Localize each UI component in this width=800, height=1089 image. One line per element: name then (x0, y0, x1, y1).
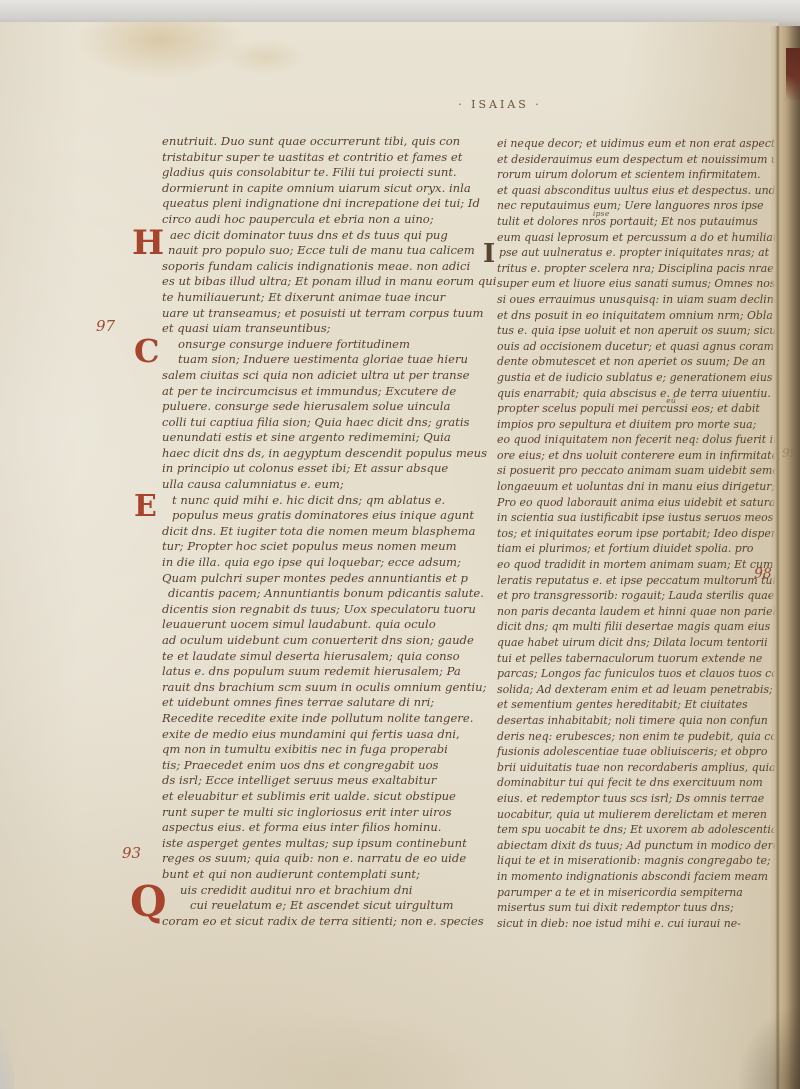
line-text: exite de medio eius mundamini qui fertis… (162, 727, 460, 741)
text-line: et quasi absconditus uultus eius et desp… (497, 183, 779, 199)
text-line: Recedite recedite exite inde pollutum no… (162, 711, 478, 727)
text-line: es ut bibas illud ultra; Et ponam illud … (162, 274, 478, 290)
text-line: et uidebunt omnes fines terrae salutare … (162, 695, 478, 711)
line-text: tui et pelles tabernaculorum tuorum exte… (497, 652, 762, 665)
line-text: qm non in tumultu exibitis nec in fuga p… (162, 742, 448, 756)
line-text: gustia et de iudicio sublatus e; generat… (497, 371, 772, 384)
text-line: queatus pleni indignatione dni increpati… (162, 196, 478, 212)
text-line: rorum uirum dolorum et scientem infirmit… (497, 167, 779, 183)
margin-chapter-number: 93 (122, 844, 141, 862)
line-text: ore eius; et dns uoluit conterere eum in… (497, 449, 781, 462)
line-text: cui reuelatum e; Et ascendet sicut uirgu… (190, 898, 453, 912)
text-line: dicit dns. Et iugiter tota die nomen meu… (162, 524, 478, 540)
line-text: tur; Propter hoc sciet populus meus nome… (162, 539, 457, 553)
line-text: leuauerunt uocem simul laudabunt. quia o… (162, 617, 436, 631)
text-line: dicantis pacem; Annuntiantis bonum pdica… (162, 586, 478, 602)
text-line: ore eius; et dns uoluit conterere eum in… (497, 448, 779, 464)
text-line: populus meus gratis dominatores eius ini… (162, 508, 478, 524)
text-line: Quis credidit auditui nro et brachium dn… (162, 883, 478, 899)
text-line: Pro eo quod laborauit anima eius uidebit… (497, 495, 779, 511)
line-text: et desiderauimus eum despectum et nouiss… (497, 153, 781, 166)
line-text: solida; Ad dexteram enim et ad leuam pen… (497, 683, 773, 696)
line-text: misertus sum tui dixit redemptor tuus dn… (497, 901, 734, 914)
text-line: quae habet uirum dicit dns; Dilata locum… (497, 635, 779, 651)
text-line: si oues errauimus unusquisq: in uiam sua… (497, 292, 779, 308)
line-text: in scientia sua iustificabit ipse iustus… (497, 511, 798, 524)
line-text: parcas; Longos fac funiculos tuos et cla… (497, 667, 785, 680)
text-line: puluere. consurge sede hierusalem solue … (162, 399, 478, 415)
text-line: in principio ut colonus esset ibi; Et as… (162, 461, 478, 477)
text-line: ulla causa calumniatus e. eum; (162, 477, 478, 493)
line-text: tulit et dolores nros portauit; Et nos p… (497, 215, 758, 228)
text-line: Haec dicit dominator tuus dns et ds tuus… (162, 228, 478, 244)
line-text: sicut in dieb: noe istud mihi e. cui iur… (497, 917, 741, 930)
line-text: queatus pleni indignatione dni increpati… (162, 196, 480, 210)
text-line: bunt et qui non audierunt contemplati su… (162, 867, 478, 883)
line-text: aec dicit dominator tuus dns et ds tuus … (170, 228, 448, 242)
line-text: uocabitur, quia ut mulierem derelictam e… (497, 808, 767, 821)
text-line: tulit et dolores nros portauit; Et nos p… (497, 214, 779, 230)
line-text: dicit dns. Et iugiter tota die nomen meu… (162, 524, 475, 538)
line-text: t nunc quid mihi e. hic dicit dns; qm ab… (172, 493, 445, 507)
line-text: soporis fundam calicis indignationis mea… (162, 259, 470, 273)
interlinear-gloss: ipse (593, 206, 610, 222)
text-line: Consurge consurge induere fortitudinem (162, 337, 478, 353)
text-line: si posuerit pro peccato animam suam uide… (497, 463, 779, 479)
text-line: te et laudate simul deserta hierusalem; … (162, 649, 478, 665)
text-line: brii uiduitatis tuae non recordaberis am… (497, 760, 779, 776)
line-text: reges os suum; quia quib: non e. narratu… (162, 851, 466, 865)
line-text: propter scelus populi mei percussi eos; … (497, 402, 760, 415)
text-line: et dns posuit in eo iniquitatem omnium n… (497, 308, 779, 324)
line-text: te et laudate simul deserta hierusalem; … (162, 649, 460, 663)
text-line: in momento indignationis abscondi faciem… (497, 869, 779, 885)
bottom-right-shadow (720, 949, 800, 1089)
text-line: qm non in tumultu exibitis nec in fuga p… (162, 742, 478, 758)
line-text: haec dicit dns ds, in aegyptum descendit… (162, 446, 487, 460)
interlinear-gloss: eū (666, 393, 676, 409)
text-line: deris neq: erubesces; non enim te pudebi… (497, 729, 779, 745)
text-line: tui et pelles tabernaculorum tuorum exte… (497, 651, 779, 667)
text-line: propter scelus populi mei percussi eos; … (497, 401, 779, 417)
text-line: eius. et redemptor tuus scs isrl; Ds omn… (497, 791, 779, 807)
text-line: runt super te multi sic ingloriosus erit… (162, 805, 478, 821)
running-title: · ISAIAS · (420, 98, 580, 111)
line-text: fusionis adolescentiae tuae obliuisceris… (497, 745, 767, 758)
text-line: coram eo et sicut radix de terra sitient… (162, 914, 478, 930)
text-line: Quam pulchri super montes pedes annuntia… (162, 571, 478, 587)
line-text: in momento indignationis abscondi faciem… (497, 870, 768, 883)
line-text: ad oculum uidebunt cum conuerterit dns s… (162, 633, 474, 647)
line-text: eo quod tradidit in mortem animam suam; … (497, 558, 795, 571)
line-text: Quam pulchri super montes pedes annuntia… (162, 571, 468, 585)
line-text: circo audi hoc paupercula et ebria non a… (162, 212, 434, 226)
line-text: longaeuum et uoluntas dni in manu eius d… (497, 480, 775, 493)
line-text: uenundati estis et sine argento redimemi… (162, 430, 451, 444)
text-line: uenundati estis et sine argento redimemi… (162, 430, 478, 446)
line-text: es ut bibas illud ultra; Et ponam illud … (162, 274, 496, 288)
text-line: desertas inhabitabit; noli timere quia n… (497, 713, 779, 729)
text-line: eum quasi leprosum et percussum a do et … (497, 230, 779, 246)
line-text: et quasi absconditus uultus eius et desp… (497, 184, 782, 197)
text-line: tristabitur super te uastitas et contrit… (162, 150, 478, 166)
line-text: tus e. quia ipse uoluit et non aperuit o… (497, 324, 781, 337)
line-text: leratis reputatus e. et ipse peccatum mu… (497, 574, 783, 587)
text-line: abiectam dixit ds tuus; Ad punctum in mo… (497, 838, 779, 854)
text-line: longaeuum et uoluntas dni in manu eius d… (497, 479, 779, 495)
line-text: dormierunt in capite omnium uiarum sicut… (162, 181, 471, 195)
text-line: tuam sion; Induere uestimenta gloriae tu… (162, 352, 478, 368)
line-text: ei neque decor; et uidimus eum et non er… (497, 137, 788, 150)
line-text: non paris decanta laudem et hinni quae n… (497, 605, 792, 618)
text-line: impios pro sepultura et diuitem pro mort… (497, 417, 779, 433)
line-text: dicantis pacem; Annuntiantis bonum pdica… (168, 586, 484, 600)
line-text: Pro eo quod laborauit anima eius uidebit… (497, 496, 794, 509)
text-line: latus e. dns populum suum redemit hierus… (162, 664, 478, 680)
text-line: dente obmutescet et non aperiet os suum;… (497, 354, 779, 370)
text-line: ad oculum uidebunt cum conuerterit dns s… (162, 633, 478, 649)
text-line: exite de medio eius mundamini qui fertis… (162, 727, 478, 743)
drop-cap: I (483, 241, 495, 267)
line-text: iste asperget gentes multas; sup ipsum c… (162, 836, 467, 850)
manuscript-photo: · ISAIAS · enutriuit. Duo sunt quae occu… (0, 0, 800, 1089)
line-text: enutriuit. Duo sunt quae occurrerunt tib… (162, 134, 460, 148)
line-text: aspectus eius. et forma eius inter filio… (162, 820, 442, 834)
corner-wedge (786, 48, 800, 100)
text-line: nauit pro populo suo; Ecce tuli de manu … (162, 243, 478, 259)
text-line: dormierunt in capite omnium uiarum sicut… (162, 181, 478, 197)
line-text: et sementium gentes hereditabit; Et ciui… (497, 698, 748, 711)
line-text: deris neq: erubesces; non enim te pudebi… (497, 730, 784, 743)
text-line: ouis ad occisionem ducetur; et quasi agn… (497, 339, 779, 355)
text-line: in die illa. quia ego ipse qui loquebar;… (162, 555, 478, 571)
line-text: onsurge consurge induere fortitudinem (178, 337, 410, 351)
line-text: tuam sion; Induere uestimenta gloriae tu… (178, 352, 468, 366)
text-line: solida; Ad dexteram enim et ad leuam pen… (497, 682, 779, 698)
line-text: puluere. consurge sede hierusalem solue … (162, 399, 450, 413)
text-line: rauit dns brachium scm suum in oculis om… (162, 680, 478, 696)
text-line: soporis fundam calicis indignationis mea… (162, 259, 478, 275)
line-text: tem spu uocabit te dns; Et uxorem ab ado… (497, 823, 777, 836)
text-line: dicentis sion regnabit ds tuus; Uox spec… (162, 602, 478, 618)
text-line: nec reputauimus eum; Uere languores nros… (497, 198, 779, 214)
text-line: leuauerunt uocem simul laudabunt. quia o… (162, 617, 478, 633)
text-line: et sementium gentes hereditabit; Et ciui… (497, 697, 779, 713)
line-text: dente obmutescet et non aperiet os suum;… (497, 355, 765, 368)
text-line: tus e. quia ipse uoluit et non aperuit o… (497, 323, 779, 339)
text-line: tritus e. propter scelera nra; Disciplin… (497, 261, 779, 277)
line-text: tos; et iniquitates eorum ipse portabit;… (497, 527, 776, 540)
text-line: in scientia sua iustificabit ipse iustus… (497, 510, 779, 526)
text-line: uocabitur, quia ut mulierem derelictam e… (497, 807, 779, 823)
line-text: abiectam dixit ds tuus; Ad punctum in mo… (497, 839, 779, 852)
text-line: tos; et iniquitates eorum ipse portabit;… (497, 526, 779, 542)
text-line: liqui te et in miserationib: magnis cong… (497, 853, 779, 869)
line-text: quis enarrabit; quia abscisus e. de terr… (497, 387, 771, 400)
line-text: tiam ei plurimos; et fortium diuidet spo… (497, 542, 753, 555)
line-text: quae habet uirum dicit dns; Dilata locum… (497, 636, 768, 649)
line-text: te humiliauerunt; Et dixerunt animae tua… (162, 290, 445, 304)
text-line: tem spu uocabit te dns; Et uxorem ab ado… (497, 822, 779, 838)
line-text: et dns posuit in eo iniquitatem omnium n… (497, 309, 773, 322)
line-text: bunt et qui non audierunt contemplati su… (162, 867, 420, 881)
line-text: dominabitur tui qui fecit te dns exercit… (497, 776, 763, 789)
folio-edges (770, 26, 800, 1089)
line-text: dicit dns; qm multi filii desertae magis… (497, 620, 770, 633)
left-column: enutriuit. Duo sunt quae occurrerunt tib… (162, 134, 478, 929)
text-line: et desiderauimus eum despectum et nouiss… (497, 152, 779, 168)
text-line: gustia et de iudicio sublatus e; generat… (497, 370, 779, 386)
margin-chapter-number: 98 (754, 566, 772, 582)
line-text: salem ciuitas sci quia non adiciet ultra… (162, 368, 469, 382)
line-text: at per te incircumcisus et immundus; Exc… (162, 384, 456, 398)
text-line: tur; Propter hoc sciet populus meus nome… (162, 539, 478, 555)
text-line: gladius quis consolabitur te. Filii tui … (162, 165, 478, 181)
line-text: uare ut transeamus; et posuisti ut terra… (162, 306, 483, 320)
line-text: et uidebunt omnes fines terrae salutare … (162, 695, 434, 709)
text-line: fusionis adolescentiae tuae obliuisceris… (497, 744, 779, 760)
text-line: ds isrl; Ecce intelliget seruus meus exa… (162, 773, 478, 789)
line-text: runt super te multi sic ingloriosus erit… (162, 805, 452, 819)
line-text: uis credidit auditui nro et brachium dni (180, 883, 413, 897)
line-text: eum quasi leprosum et percussum a do et … (497, 231, 788, 244)
text-line: iste asperget gentes multas; sup ipsum c… (162, 836, 478, 852)
text-line: leratis reputatus e. et ipse peccatum mu… (497, 573, 779, 589)
text-line: te humiliauerunt; Et dixerunt animae tua… (162, 290, 478, 306)
line-text: nauit pro populo suo; Ecce tuli de manu … (168, 243, 475, 257)
line-text: in die illa. quia ego ipse qui loquebar;… (162, 555, 461, 569)
text-line: non paris decanta laudem et hinni quae n… (497, 604, 779, 620)
text-line: Et nunc quid mihi e. hic dicit dns; qm a… (162, 493, 478, 509)
line-text: rorum uirum dolorum et scientem infirmit… (497, 168, 761, 181)
line-text: tis; Praecedet enim uos dns et congregab… (162, 758, 439, 772)
line-text: impios pro sepultura et diuitem pro mort… (497, 418, 756, 431)
text-line: at per te incircumcisus et immundus; Exc… (162, 384, 478, 400)
line-text: ds isrl; Ecce intelliget seruus meus exa… (162, 773, 436, 787)
text-line: tis; Praecedet enim uos dns et congregab… (162, 758, 478, 774)
line-text: si oues errauimus unusquisq: in uiam sua… (497, 293, 799, 306)
line-text: et pro transgressorib: rogauit; Lauda st… (497, 589, 774, 602)
text-line: colli tui captiua filia sion; Quia haec … (162, 415, 478, 431)
line-text: Recedite recedite exite inde pollutum no… (162, 711, 473, 725)
line-text: ulla causa calumniatus e. eum; (162, 477, 344, 491)
text-line: ei neque decor; et uidimus eum et non er… (497, 136, 779, 152)
text-line: et quasi uiam transeuntibus; (162, 321, 478, 337)
parchment-page: · ISAIAS · enutriuit. Duo sunt quae occu… (0, 22, 778, 1089)
line-text: liqui te et in miserationib: magnis cong… (497, 854, 771, 867)
text-line: sicut in dieb: noe istud mihi e. cui iur… (497, 916, 779, 932)
line-text: eo quod iniquitatem non fecerit neq: dol… (497, 433, 780, 446)
line-text: pse aut uulneratus e. propter iniquitate… (499, 246, 769, 259)
line-text: tristabitur super te uastitas et contrit… (162, 150, 462, 164)
text-line: circo audi hoc paupercula et ebria non a… (162, 212, 478, 228)
line-text: et quasi uiam transeuntibus; (162, 321, 331, 335)
right-column: ei neque decor; et uidimus eum et non er… (497, 136, 779, 931)
text-line: Ipse aut uulneratus e. propter iniquitat… (497, 245, 779, 261)
text-line: haec dicit dns ds, in aegyptum descendit… (162, 446, 478, 462)
text-line: dicit dns; qm multi filii desertae magis… (497, 619, 779, 635)
text-line: parumper a te et in misericordia sempite… (497, 885, 779, 901)
text-line: super eum et liuore eius sanati sumus; O… (497, 276, 779, 292)
line-text: rauit dns brachium scm suum in oculis om… (162, 680, 487, 694)
margin-chapter-number: 99 (782, 446, 797, 460)
text-line: et pro transgressorib: rogauit; Lauda st… (497, 588, 779, 604)
bottom-left-corner (0, 1029, 14, 1089)
line-text: coram eo et sicut radix de terra sitient… (162, 914, 484, 928)
line-text: brii uiduitatis tuae non recordaberis am… (497, 761, 776, 774)
text-line: eo quod tradidit in mortem animam suam; … (497, 557, 779, 573)
line-text: gladius quis consolabitur te. Filii tui … (162, 165, 457, 179)
drop-cap: E (134, 492, 157, 522)
text-line: eo quod iniquitatem non fecerit neq: dol… (497, 432, 779, 448)
text-line: parcas; Longos fac funiculos tuos et cla… (497, 666, 779, 682)
line-text: si posuerit pro peccato animam suam uide… (497, 464, 786, 477)
text-line: quis enarrabit; quia abscisus e. de terr… (497, 386, 779, 402)
text-line: aspectus eius. et forma eius inter filio… (162, 820, 478, 836)
line-text: desertas inhabitabit; noli timere quia n… (497, 714, 768, 727)
line-text: et eleuabitur et sublimis erit ualde. si… (162, 789, 456, 803)
drop-cap: H (132, 226, 164, 260)
line-text: in principio ut colonus esset ibi; Et as… (162, 461, 448, 475)
text-line: et eleuabitur et sublimis erit ualde. si… (162, 789, 478, 805)
text-line: cui reuelatum e; Et ascendet sicut uirgu… (162, 898, 478, 914)
drop-cap: C (134, 335, 159, 367)
line-text: tritus e. propter scelera nra; Disciplin… (497, 262, 774, 275)
line-text: super eum et liuore eius sanati sumus; O… (497, 277, 799, 290)
text-line: dominabitur tui qui fecit te dns exercit… (497, 775, 779, 791)
line-text: eius. et redemptor tuus scs isrl; Ds omn… (497, 792, 764, 805)
line-text: nec reputauimus eum; Uere languores nros… (497, 199, 764, 212)
text-line: enutriuit. Duo sunt quae occurrerunt tib… (162, 134, 478, 150)
line-text: dicentis sion regnabit ds tuus; Uox spec… (162, 602, 476, 616)
text-line: misertus sum tui dixit redemptor tuus dn… (497, 900, 779, 916)
text-line: salem ciuitas sci quia non adiciet ultra… (162, 368, 478, 384)
line-text: parumper a te et in misericordia sempite… (497, 886, 743, 899)
margin-chapter-number: 97 (96, 317, 115, 335)
line-text: latus e. dns populum suum redemit hierus… (162, 664, 461, 678)
line-text: populus meus gratis dominatores eius ini… (172, 508, 474, 522)
text-line: uare ut transeamus; et posuisti ut terra… (162, 306, 478, 322)
line-text: colli tui captiua filia sion; Quia haec … (162, 415, 470, 429)
text-line: reges os suum; quia quib: non e. narratu… (162, 851, 478, 867)
line-text: ouis ad occisionem ducetur; et quasi agn… (497, 340, 795, 353)
text-line: tiam ei plurimos; et fortium diuidet spo… (497, 541, 779, 557)
